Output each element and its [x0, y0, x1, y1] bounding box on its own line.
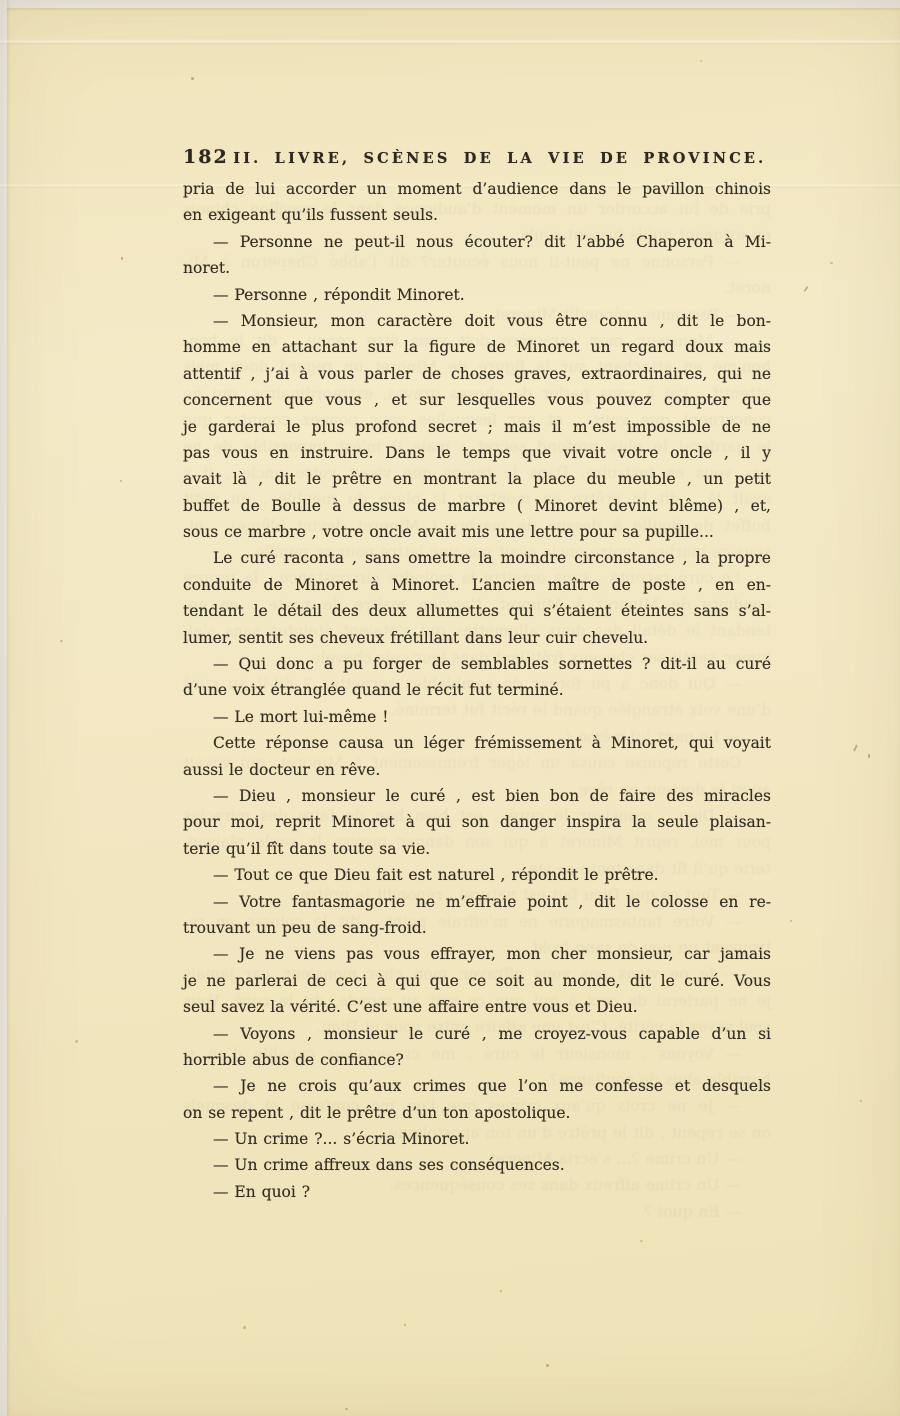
foxing-speck — [243, 1326, 246, 1329]
text-line: conduite de Minoret à Minoret. L’ancien … — [183, 572, 771, 598]
page-header: 182 II. LIVRE, SCÈNES DE LA VIE DE PROVI… — [183, 146, 771, 168]
foxing-speck — [790, 920, 792, 922]
text-line: aussi le docteur en rêve. — [183, 757, 771, 783]
foxing-speck — [868, 754, 870, 758]
scanned-page: 182 II. LIVRE, SCÈNES DE LA VIE DE PROVI… — [0, 0, 900, 1416]
text-line: avait là , dit le prêtre en montrant la … — [183, 466, 771, 492]
text-line: — Je ne viens pas vous effrayer, mon che… — [183, 941, 771, 967]
page-number: 182 — [183, 146, 229, 168]
foxing-speck — [75, 1040, 78, 1043]
paper-crease — [0, 39, 900, 45]
text-line: — Personne ne peut-il nous écouter? dit … — [183, 229, 771, 255]
text-line: — Personne , répondit Minoret. — [183, 282, 771, 308]
text-line: — Le mort lui-même ! — [183, 704, 771, 730]
running-title: II. LIVRE, SCÈNES DE LA VIE DE PROVINCE. — [229, 150, 771, 167]
foxing-speck — [120, 480, 122, 482]
foxing-speck — [500, 1290, 502, 1292]
text-line: sous ce marbre , votre oncle avait mis u… — [183, 519, 771, 545]
text-line: en exigeant qu’ils fussent seuls. — [183, 202, 771, 228]
text-line: lumer, sentit ses cheveux frétillant dan… — [183, 625, 771, 651]
text-line: d’une voix étranglée quand le récit fut … — [183, 677, 771, 703]
text-line: je ne parlerai de ceci à qui que ce soit… — [183, 968, 771, 994]
text-line: horrible abus de confiance? — [183, 1047, 771, 1073]
text-line: — En quoi ? — [183, 1179, 771, 1205]
scanner-edge-top — [0, 0, 900, 8]
text-line: — Voyons , monsieur le curé , me croyez-… — [183, 1021, 771, 1047]
text-line: attentif , j’ai à vous parler de choses … — [183, 361, 771, 387]
text-line: — Je ne crois qu’aux crimes que l’on me … — [183, 1073, 771, 1099]
page-text: pria de lui accorder un moment d’audienc… — [183, 176, 771, 1205]
text-line: — Votre fantasmagorie ne m’effraie point… — [183, 889, 771, 915]
text-line: concernent que vous , et sur lesquelles … — [183, 387, 771, 413]
text-line: terie qu’il fît dans toute sa vie. — [183, 836, 771, 862]
ink-mark — [803, 286, 808, 292]
text-line: — Monsieur, mon caractère doit vous être… — [183, 308, 771, 334]
text-line: pas vous en instruire. Dans le temps que… — [183, 440, 771, 466]
scanner-edge-left — [0, 0, 7, 1416]
text-line: pour moi, reprit Minoret à qui son dange… — [183, 809, 771, 835]
foxing-speck — [121, 257, 123, 260]
text-line: — Qui donc a pu forger de semblables sor… — [183, 651, 771, 677]
text-line: noret. — [183, 255, 771, 281]
text-line: tendant le détail des deux allumettes qu… — [183, 598, 771, 624]
text-line: on se repent , dit le prêtre d’un ton ap… — [183, 1100, 771, 1126]
foxing-speck — [60, 640, 63, 642]
foxing-speck — [191, 77, 194, 80]
text-line: homme en attachant sur la figure de Mino… — [183, 334, 771, 360]
text-line: je garderai le plus profond secret ; mai… — [183, 414, 771, 440]
text-line: Cette réponse causa un léger frémissemen… — [183, 730, 771, 756]
text-line: — Dieu , monsieur le curé , est bien bon… — [183, 783, 771, 809]
text-line: — Tout ce que Dieu fait est naturel , ré… — [183, 862, 771, 888]
foxing-speck — [345, 1408, 348, 1410]
foxing-speck — [404, 1324, 406, 1326]
foxing-speck — [546, 1364, 549, 1367]
text-line: — Un crime ?... s’écria Minoret. — [183, 1126, 771, 1152]
foxing-speck — [640, 1240, 643, 1242]
foxing-speck — [860, 1100, 862, 1102]
text-line: Le curé raconta , sans omettre la moindr… — [183, 545, 771, 571]
text-line: seul savez la vérité. C’est une affaire … — [183, 994, 771, 1020]
ink-mark — [853, 744, 858, 751]
foxing-speck — [830, 262, 833, 264]
foxing-speck — [700, 60, 702, 62]
text-line: pria de lui accorder un moment d’audienc… — [183, 176, 771, 202]
text-line: trouvant un peu de sang-froid. — [183, 915, 771, 941]
text-line: buffet de Boulle à dessus de marbre ( Mi… — [183, 493, 771, 519]
text-line: — Un crime affreux dans ses conséquences… — [183, 1152, 771, 1178]
